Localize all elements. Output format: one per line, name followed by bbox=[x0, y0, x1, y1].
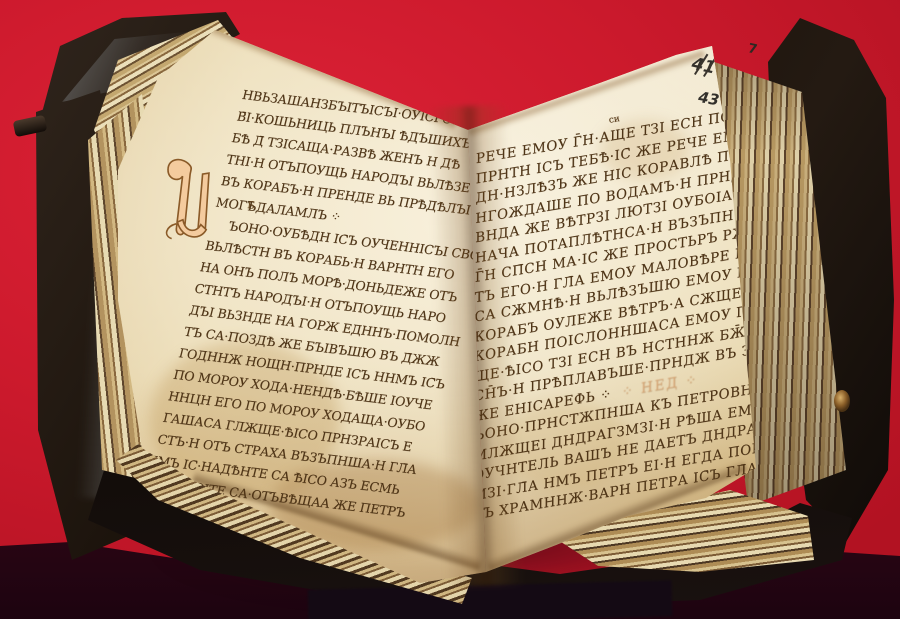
superscript-correction: си bbox=[608, 114, 621, 126]
manuscript-photo: 7 Б̄ НВЬЗАШАНЗБЪІТЪІСЪІ·ОУІСРОУХЪ В̄І·КО… bbox=[0, 0, 900, 619]
clasp-pin-brass-icon bbox=[834, 390, 850, 412]
foliation-number-current: 43 bbox=[697, 88, 721, 109]
gutter-shadow bbox=[428, 105, 525, 587]
